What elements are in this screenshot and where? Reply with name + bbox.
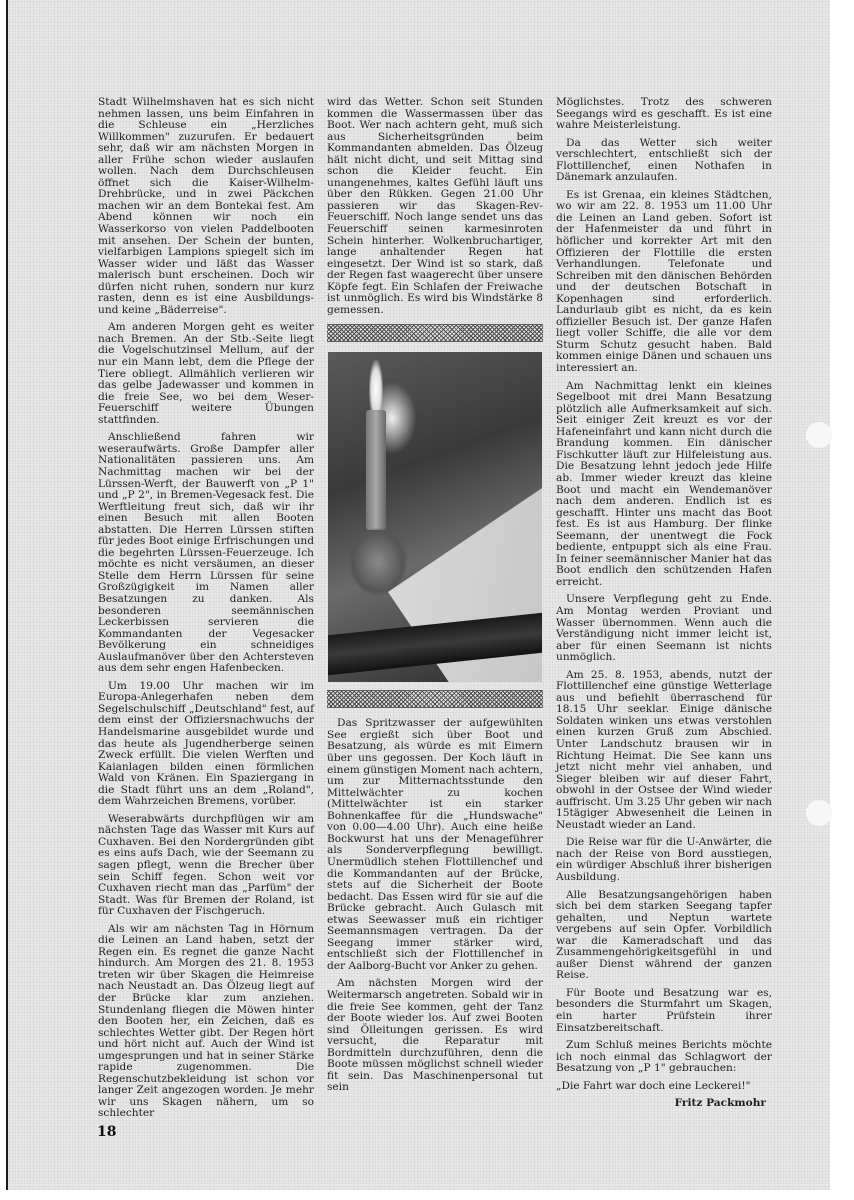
paragraph: Da das Wetter sich weiter verschlechtert… bbox=[556, 138, 772, 184]
text-column-2: wird das Wetter. Schon seit Stunden komm… bbox=[327, 97, 543, 1100]
author-signature: Fritz Packmohr bbox=[556, 1098, 772, 1110]
text-column-3: Möglichstes. Trotz des schweren Seegangs… bbox=[556, 97, 772, 1110]
paragraph: Als wir am nächsten Tag in Hörnum die Le… bbox=[98, 924, 314, 1120]
paragraph: wird das Wetter. Schon seit Stunden komm… bbox=[327, 97, 543, 316]
paragraph: Zum Schluß meines Berichts möchte ich no… bbox=[556, 1040, 772, 1075]
punch-hole bbox=[806, 422, 832, 448]
page-number: 18 bbox=[97, 1124, 116, 1140]
paragraph: Am 25. 8. 1953, abends, nutzt der Flotti… bbox=[556, 670, 772, 832]
paragraph: Alle Besatzungsangehörigen haben sich be… bbox=[556, 890, 772, 982]
text-column-1: Stadt Wilhelmshaven hat es sich nicht ne… bbox=[98, 97, 314, 1126]
candle bbox=[366, 410, 386, 530]
paragraph: Für Boote und Besatzung war es, besonder… bbox=[556, 988, 772, 1034]
paragraph: Die Reise war für die U-Anwärter, die na… bbox=[556, 837, 772, 883]
closing-quote: „Die Fahrt war doch eine Leckerei!" bbox=[556, 1081, 772, 1093]
decorative-border-top bbox=[327, 324, 543, 342]
paragraph: Möglichstes. Trotz des schweren Seegangs… bbox=[556, 97, 772, 132]
paragraph: Weserabwärts durchpflügen wir am nächste… bbox=[98, 814, 314, 918]
paragraph: Am Nachmittag lenkt ein kleines Segelboo… bbox=[556, 381, 772, 589]
decorative-border-bottom bbox=[327, 690, 543, 708]
paragraph: Stadt Wilhelmshaven hat es sich nicht ne… bbox=[98, 97, 314, 316]
paragraph: Das Spritzwasser der aufgewühlten See er… bbox=[327, 718, 543, 972]
paragraph: Am nächsten Morgen wird der Weitermarsch… bbox=[327, 978, 543, 1093]
candle-flame bbox=[369, 360, 383, 410]
punch-hole bbox=[806, 800, 832, 826]
paragraph: Um 19.00 Uhr machen wir im Europa-Anlege… bbox=[98, 681, 314, 808]
candle-photo bbox=[328, 352, 542, 682]
paragraph: Es ist Grenaa, ein kleines Städtchen, wo… bbox=[556, 190, 772, 375]
paragraph: Am anderen Morgen geht es weiter nach Br… bbox=[98, 322, 314, 426]
paragraph: Anschließend fahren wir weseraufwärts. G… bbox=[98, 432, 314, 674]
paragraph: Unsere Verpflegung geht zu Ende. Am Mont… bbox=[556, 594, 772, 663]
